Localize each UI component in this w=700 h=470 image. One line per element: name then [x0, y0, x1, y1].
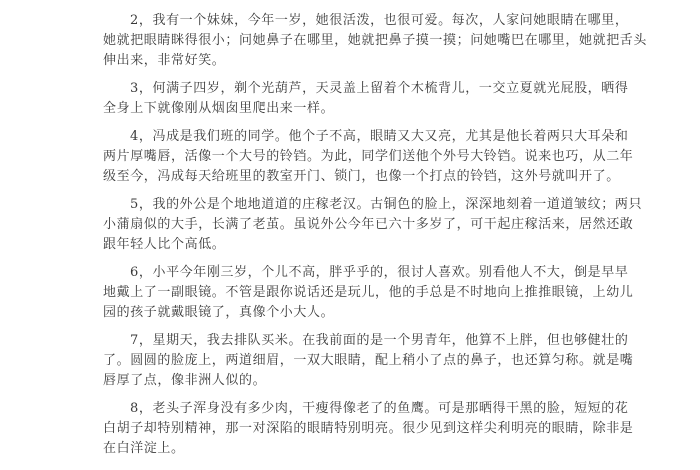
paragraph-7: 7，星期天，我去排队买米。在我前面的是一个男青年，他算不上胖，但也够健壮的 了。… — [103, 331, 595, 391]
paragraph-line: 园的孩子就戴眼镜了，真像个小大人。 — [103, 303, 595, 323]
paragraph-line: 伸出来，非常好笑。 — [103, 51, 595, 71]
paragraph-4: 4，冯成是我们班的同学。他个子不高，眼睛又大又亮，尤其是他长着两只大耳朵和 两片… — [103, 127, 595, 187]
paragraph-3: 3，何满子四岁，剃个光葫芦，天灵盖上留着个木梳背儿，一交立夏就光屁股，晒得 全身… — [103, 79, 595, 119]
paragraph-line: 在白洋淀上。 — [103, 439, 595, 459]
paragraph-line: 小蒲扇似的大手，长满了老茧。虽说外公今年已六十多岁了，可干起庄稼活来，居然还敢 — [103, 215, 595, 235]
paragraph-line: 2，我有一个妹妹，今年一岁，她很活泼，也很可爱。每次，人家问她眼睛在哪里， — [103, 11, 595, 31]
paragraph-5: 5，我的外公是个地地道道的庄稼老汉。古铜色的脸上，深深地刻着一道道皱纹；两只 小… — [103, 195, 595, 255]
paragraph-line: 5，我的外公是个地地道道的庄稼老汉。古铜色的脸上，深深地刻着一道道皱纹；两只 — [103, 195, 595, 215]
paragraph-line: 6，小平今年刚三岁，个儿不高，胖乎乎的，很讨人喜欢。别看他人不大，倒是早早 — [103, 263, 595, 283]
paragraph-6: 6，小平今年刚三岁，个儿不高，胖乎乎的，很讨人喜欢。别看他人不大，倒是早早 地戴… — [103, 263, 595, 323]
paragraph-line: 白胡子却特别精神，那一对深陷的眼睛特别明亮。很少见到这样尖利明亮的眼睛，除非是 — [103, 419, 595, 439]
paragraph-2: 2，我有一个妹妹，今年一岁，她很活泼，也很可爱。每次，人家问她眼睛在哪里， 她就… — [103, 11, 595, 71]
paragraph-line: 全身上下就像刚从烟囱里爬出来一样。 — [103, 99, 595, 119]
paragraph-line: 跟年轻人比个高低。 — [103, 235, 595, 255]
paragraph-line: 她就把眼睛眯得很小；问她鼻子在哪里，她就把鼻子摸一摸；问她嘴巴在哪里，她就把舌头 — [103, 31, 595, 51]
paragraph-line: 8，老头子浑身没有多少肉，干瘦得像老了的鱼鹰。可是那晒得干黑的脸，短短的花 — [103, 399, 595, 419]
paragraph-8: 8，老头子浑身没有多少肉，干瘦得像老了的鱼鹰。可是那晒得干黑的脸，短短的花 白胡… — [103, 399, 595, 459]
paragraph-line: 地戴上了一副眼镜。不管是跟你说话还是玩儿，他的手总是不时地向上推推眼镜，上幼儿 — [103, 283, 595, 303]
paragraph-line: 4，冯成是我们班的同学。他个子不高，眼睛又大又亮，尤其是他长着两只大耳朵和 — [103, 127, 595, 147]
paragraph-line: 级至今，冯成每天给班里的教室开门、锁门，也像一个打点的铃铛，这外号就叫开了。 — [103, 167, 595, 187]
paragraph-line: 7，星期天，我去排队买米。在我前面的是一个男青年，他算不上胖，但也够健壮的 — [103, 331, 595, 351]
document-page: 2，我有一个妹妹，今年一岁，她很活泼，也很可爱。每次，人家问她眼睛在哪里， 她就… — [103, 11, 595, 467]
paragraph-line: 两片厚嘴唇，活像一个大号的铃铛。为此，同学们送他个外号大铃铛。说来也巧，从二年 — [103, 147, 595, 167]
paragraph-line: 3，何满子四岁，剃个光葫芦，天灵盖上留着个木梳背儿，一交立夏就光屁股，晒得 — [103, 79, 595, 99]
paragraph-line: 唇厚了点，像非洲人似的。 — [103, 371, 595, 391]
paragraph-line: 了。圆圆的脸庞上，两道细眉，一双大眼睛，配上稍小了点的鼻子，也还算匀称。就是嘴 — [103, 351, 595, 371]
